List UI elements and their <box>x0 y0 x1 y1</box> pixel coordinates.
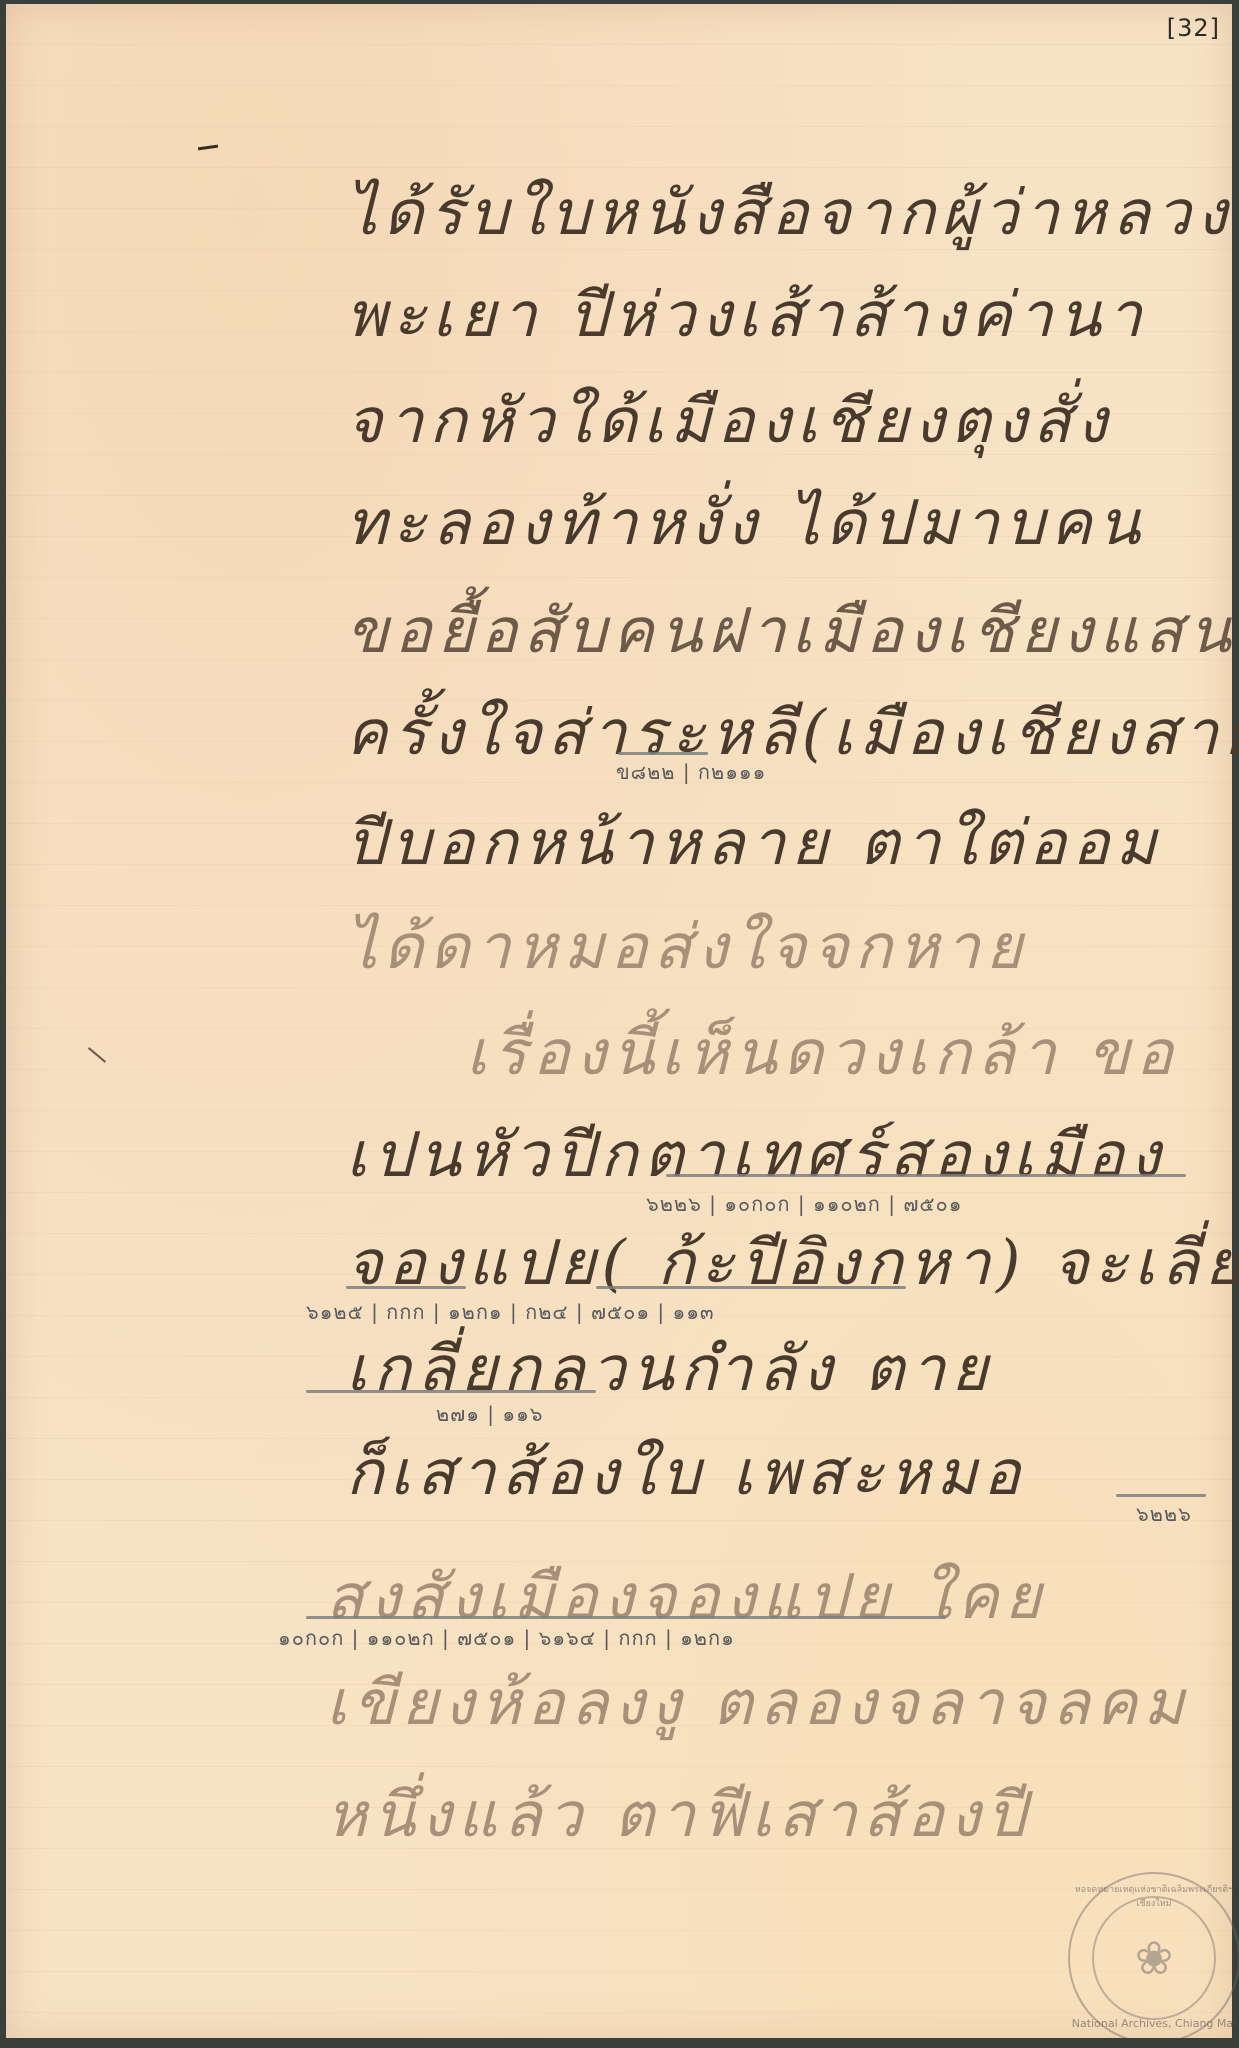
ink-tick <box>88 1047 106 1063</box>
manuscript-line: ได้ดาหมอส่งใจจกหาย <box>346 898 1028 996</box>
scan-bottom-edge <box>0 2038 1239 2048</box>
numeric-annotation: ๖๑๒๕ | กกก | ๑๒ก๑ | ก๒๔ | ๗๕๐๑ | ๑๑๓ <box>306 1296 715 1328</box>
page-number-label: [32] <box>1167 14 1220 42</box>
seal-thai-text: หอจดหมายเหตุแห่งชาติเฉลิมพระเกียรติฯ เชี… <box>1070 1882 1238 1910</box>
manuscript-line: ได้รับใบหนังสือจากผู้ว่าหลวงเมือง <box>346 164 1239 262</box>
manuscript-page: [32] ได้รับใบหนังสือจากผู้ว่าหลวงเมืองพะ… <box>6 4 1232 2040</box>
manuscript-line: ทะลองท้าหงั่ง ได้ปมาบคน <box>346 474 1146 572</box>
manuscript-line: หนึ่งแล้ว ตาฟีเสาส้องปี <box>326 1766 1032 1864</box>
pencil-underline <box>618 752 708 755</box>
pencil-underline <box>306 1390 596 1393</box>
ganesha-emblem-icon: ❀ <box>1135 1931 1174 1985</box>
manuscript-line: ก็เสาส้องใบ เพสะหมอ <box>346 1424 1026 1522</box>
pencil-underline <box>596 1286 906 1289</box>
pencil-underline <box>346 1286 466 1289</box>
pencil-underline <box>1116 1494 1206 1497</box>
numeric-annotation: ข๘๒๒ | ก๒๑๑๑ <box>616 756 766 788</box>
numeric-annotation: ๑๐ก๐ก | ๑๑๐๒ก | ๗๕๐๑ | ๖๑๖๔ | กกก | ๑๒ก๑ <box>278 1622 735 1654</box>
numeric-annotation: ๖๒๒๖ <box>1136 1498 1192 1530</box>
seal-inner-ring: ❀ <box>1092 1896 1216 2020</box>
manuscript-line: จากหัวใด้เมืองเชียงตุงสั่ง <box>346 372 1113 470</box>
manuscript-line: ปีบอกหน้าหลาย ตาใต่ออม <box>346 794 1162 892</box>
manuscript-line: เขียงห้อลงงู ตลองจลาจลคม <box>326 1654 1190 1752</box>
pencil-underline <box>666 1174 1186 1177</box>
manuscript-line: เรื่องนี้เห็นดวงเกล้า ขอ <box>466 1004 1179 1102</box>
manuscript-line: ขอยื้อสับคนฝาเมืองเชียงแสน <box>346 582 1237 680</box>
manuscript-line: พะเยา ปีห่วงเส้าส้างค่านา <box>346 266 1148 364</box>
archive-seal-watermark: หอจดหมายเหตุแห่งชาติเฉลิมพระเกียรติฯ เชี… <box>1068 1872 1239 2044</box>
manuscript-line: ครั้งใจส่าระหลี(เมืองเชียงสาย <box>346 684 1239 782</box>
ink-mark <box>198 145 218 151</box>
numeric-annotation: ๒๗๑ | ๑๑๖ <box>436 1398 543 1430</box>
seal-english-text: National Archives, Chiang Mai <box>1070 2017 1238 2030</box>
numeric-annotation: ๖๒๒๖ | ๑๐ก๐ก | ๑๑๐๒ก | ๗๕๐๑ <box>646 1188 962 1220</box>
pencil-underline <box>306 1616 946 1619</box>
